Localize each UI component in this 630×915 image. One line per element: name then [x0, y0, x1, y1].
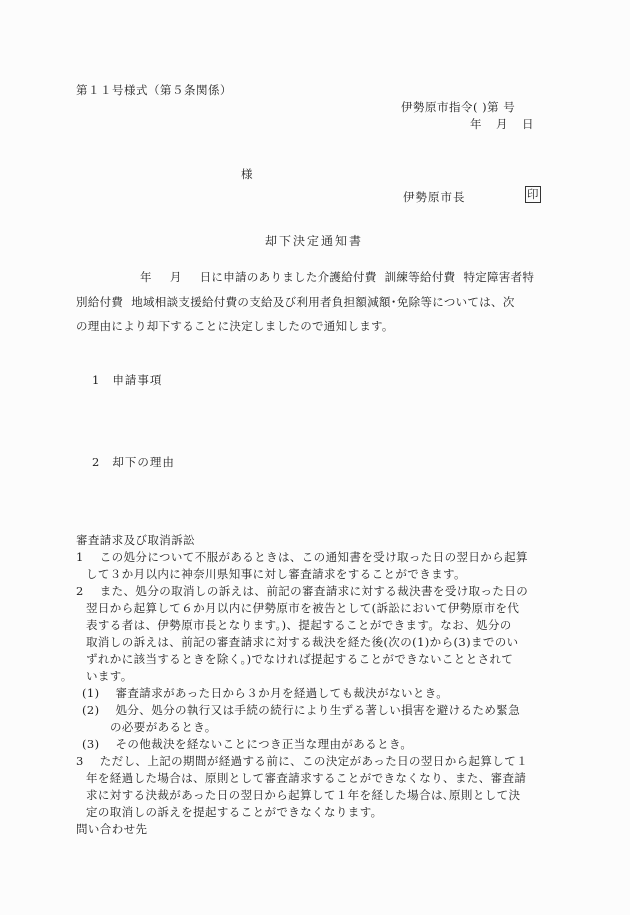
contact-label: 問い合わせ先: [76, 821, 556, 838]
subitem-text: 審査請求があった日から３か月を経過しても裁決がないとき。: [116, 686, 449, 700]
body-text: 地域相談支援給付費の支給及び利用者負担額減額･免除等については、次: [131, 295, 514, 309]
item-number: 3: [76, 754, 84, 768]
item-text: 翌日から起算して６か月以内に伊勢原市を被告として(訴訟において伊勢原市を代: [76, 600, 556, 617]
subitem-number: (2): [82, 703, 100, 717]
section-number: 2: [92, 455, 100, 469]
document-title: 却下決定通知書: [265, 232, 363, 249]
seal-box: 印: [525, 186, 541, 203]
subitem-text: その他裁決を経ないことにつき正当な理由があるとき。: [116, 737, 413, 751]
item-text: して３か月以内に神奈川県知事に対し審査請求をすることができます。: [76, 566, 556, 583]
recipient-honorific: 様: [241, 166, 253, 182]
section-number: 1: [92, 373, 100, 387]
appeal-subitem-3: (3)その他裁決を経ないことにつき正当な理由があるとき。: [76, 736, 556, 753]
appeal-subitem-1: (1)審査請求があった日から３か月を経過しても裁決がないとき。: [76, 685, 556, 702]
document-number: 伊勢原市指令( )第 号: [401, 99, 515, 115]
item-text: 年を経過した場合は、原則として審査請求することができなくなり、また、審査請: [76, 770, 556, 787]
item-text: 求に対する決裁があった日の翌日から起算して１年を経した場合は､原則として決: [76, 787, 556, 804]
item-text: また、処分の取消しの訴えは、前記の審査請求に対する裁決書を受け取った日の: [100, 584, 528, 598]
item-text: ずれかに該当するときを除く。)でなければ提起することができないこととされて: [76, 651, 556, 668]
section-rejection-reason: 2却下の理由: [92, 454, 175, 470]
body-line-3: の理由により却下することに決定しましたので通知します。: [76, 314, 550, 339]
appeal-item-3: 3ただし、上記の期間が経過する前に、この決定があった日の翌日から起算して１: [76, 753, 556, 770]
item-text: 表する者は、伊勢原市長となります。)、提起することができます。なお、処分の: [76, 617, 556, 634]
appeal-item-2: 2また、処分の取消しの訴えは、前記の審査請求に対する裁決書を受け取った日の: [76, 583, 556, 600]
appeal-heading: 審査請求及び取消訴訟: [76, 532, 556, 549]
item-text: この処分について不服があるときは、この通知書を受け取った日の翌日から起算: [100, 550, 528, 564]
appeal-item-1: 1この処分について不服があるときは、この通知書を受け取った日の翌日から起算: [76, 549, 556, 566]
section-label: 却下の理由: [112, 455, 175, 469]
subitem-text: の必要があるとき。: [76, 719, 556, 736]
subitem-text: 処分、処分の執行又は手続の続行により生ずる著しい損害を避けるため緊急: [116, 703, 521, 717]
body-date-month: 月: [170, 270, 182, 284]
item-text: ただし、上記の期間が経過する前に、この決定があった日の翌日から起算して１: [100, 754, 528, 768]
item-number: 1: [76, 550, 84, 564]
body-date-year: 年: [140, 270, 152, 284]
body-text: 日に申請のありました介護給付費: [200, 270, 377, 284]
subitem-number: (3): [82, 737, 100, 751]
document-date: 年月日: [470, 116, 534, 132]
body-line-1: 年月日に申請のありました介護給付費訓練等給付費特定障害者特: [76, 265, 550, 290]
section-application-items: 1申請事項: [92, 372, 162, 388]
appeal-subitem-2: (2)処分、処分の執行又は手続の続行により生ずる著しい損害を避けるため緊急: [76, 702, 556, 719]
item-text: 取消しの訴えは、前記の審査請求に対する裁決を経た後(次の(1)から(3)までのい: [76, 634, 556, 651]
body-text: 特定障害者特: [463, 270, 534, 284]
sender-name: 伊勢原市長: [403, 189, 466, 205]
body-line-2: 別給付費地域相談支援給付費の支給及び利用者負担額減額･免除等については、次: [76, 290, 550, 315]
subitem-number: (1): [82, 686, 100, 700]
date-day: 日: [522, 116, 534, 132]
item-text: います。: [76, 668, 556, 685]
appeal-instructions: 審査請求及び取消訴訟 1この処分について不服があるときは、この通知書を受け取った…: [76, 532, 556, 838]
form-id: 第１１号様式（第５条関係）: [76, 82, 232, 98]
item-number: 2: [76, 584, 84, 598]
section-label: 申請事項: [112, 373, 162, 387]
body-text: 別給付費: [76, 295, 123, 309]
body-text: 訓練等給付費: [385, 270, 456, 284]
date-month: 月: [496, 116, 508, 132]
notice-body: 年月日に申請のありました介護給付費訓練等給付費特定障害者特 別給付費地域相談支援…: [76, 265, 550, 339]
date-year: 年: [470, 116, 482, 132]
item-text: 定の取消しの訴えを提起することができなくなります。: [76, 804, 556, 821]
